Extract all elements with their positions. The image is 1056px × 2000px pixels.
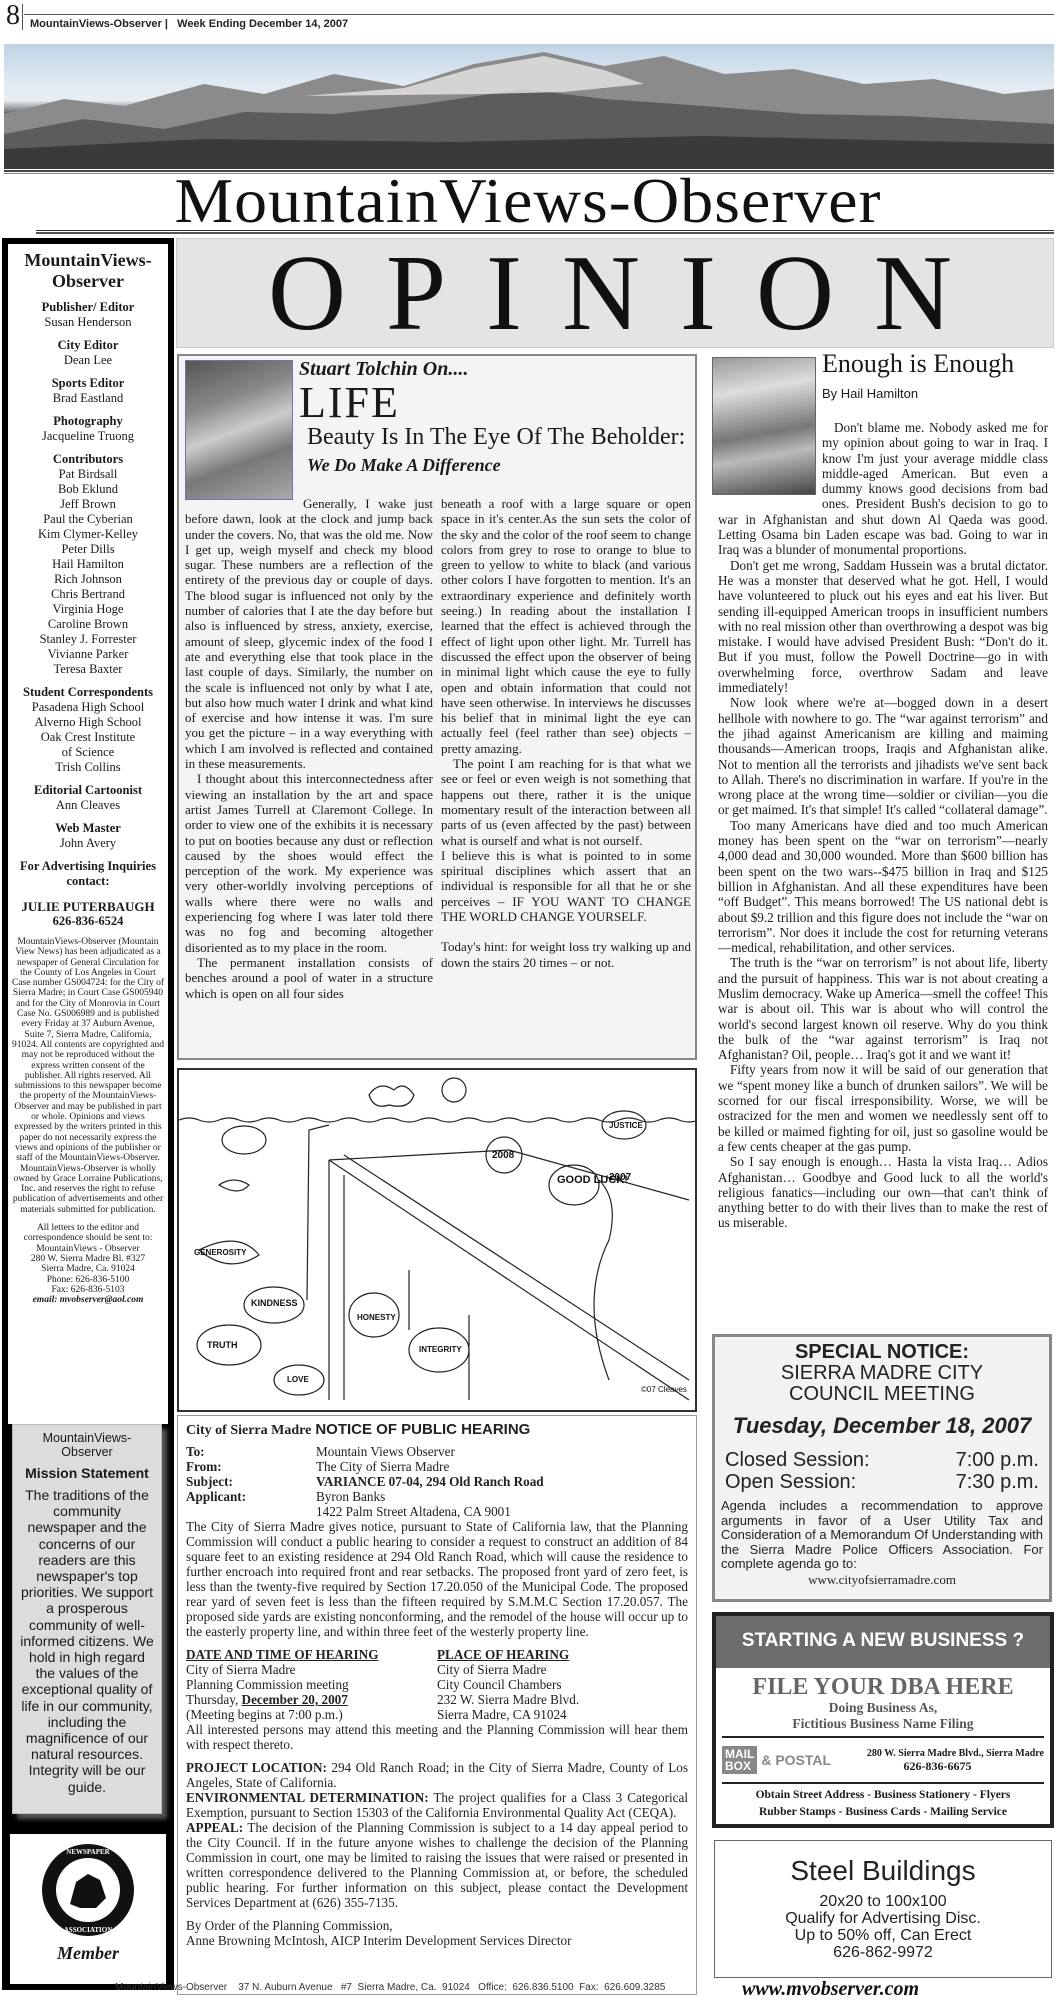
field-key: To: [186,1444,316,1459]
staff-box: MountainViews-Observer Publisher/ Editor… [8,244,168,1424]
logo-postal: & POSTAL [761,1752,831,1768]
ad-line: Qualify for Advertising Disc. [715,1910,1051,1927]
staff-city-editor: City Editor Dean Lee [12,338,164,368]
staff-name: Jeff Brown [12,497,164,512]
staff-photography: Photography Jacqueline Truong [12,414,164,444]
cartoon-label: 2007 [609,1172,632,1183]
paragraph: Too many Americans have died and too muc… [718,818,1048,956]
session-time: 7:00 p.m. [956,1449,1039,1471]
legal-notice: MountainViews-Observer (Mountain View Ne… [12,937,164,1215]
letters-line: MountainViews - Observer [12,1244,164,1254]
mailbox-logo: MAILBOX [722,1746,757,1774]
staff-name: John Avery [12,836,164,851]
hearing-date: December 20, 2007 [242,1692,348,1707]
paragraph: Generally, I wake just before dawn, look… [185,496,433,771]
paragraph: Today's hint: for weight loss try walkin… [441,939,691,970]
cartoon-label: KINDNESS [251,1298,298,1308]
notice-body: The City of Sierra Madre gives notice, p… [186,1519,688,1639]
article-headline: Enough is Enough [822,350,1014,378]
mission-heading: Mission Statement [19,1465,155,1481]
environmental-determination: ENVIRONMENTAL DETERMINATION: The project… [186,1790,688,1820]
nna-seal-icon: NEWSPAPER ASSOCIATION [40,1842,136,1938]
website-link[interactable]: www.mvobserver.com [742,1978,919,2000]
field-value: 1422 Palm Street Altadena, CA 9001 [316,1504,511,1519]
public-hearing-notice: City of Sierra MadreNOTICE OF PUBLIC HEA… [177,1415,697,1995]
staff-role: City Editor [12,338,164,353]
ad-services: Rubber Stamps - Business Cards - Mailing… [716,1805,1050,1820]
staff-name: Susan Henderson [12,315,164,330]
notice-field-applicant: Applicant:Byron Banks [186,1489,688,1504]
cartoon-signature: ©07 Cleaves [641,1385,687,1394]
staff-role: Contributors [12,452,164,467]
article-column-1: Generally, I wake just before dawn, look… [185,496,433,1001]
cartoon-label: GENEROSITY [194,1248,247,1257]
ad-phone: 626-862-9972 [715,1944,1051,1961]
nna-member-badge: NEWSPAPER ASSOCIATION Member [10,1834,166,1984]
mission-org: MountainViews-Observer [19,1431,155,1459]
staff-name: Oak Crest Institute [12,730,164,745]
letters-line: Sierra Madre, Ca. 91024 [12,1264,164,1274]
article-headline: Beauty Is In The Eye Of The Beholder: We… [307,424,692,479]
steel-buildings-ad: Steel Buildings 20x20 to 100x100 Qualify… [714,1840,1052,1978]
field-key: Subject: [186,1474,316,1489]
letters-line: All letters to the editor and [12,1223,164,1233]
agenda-url-link[interactable]: www.cityofsierramadre.com [721,1572,1043,1588]
staff-name: Dean Lee [12,353,164,368]
session-label: Open Session: [725,1471,856,1493]
mission-body: The traditions of the community newspape… [19,1487,155,1795]
staff-name: Virginia Hoge [12,602,164,617]
paragraph: The permanent installation consists of b… [185,955,433,1001]
staff-name: Alverno High School [12,715,164,730]
notice-field-from: From:The City of Sierra Madre [186,1459,688,1474]
staff-name: Ann Cleaves [12,798,164,813]
cartoon-label: TRUTH [207,1340,238,1350]
section-label: ENVIRONMENTAL DETERMINATION: [186,1790,429,1805]
letters-line: 280 W. Sierra Madre Bl. #327 [12,1254,164,1264]
header-rule [24,14,1054,15]
staff-cartoonist: Editorial Cartoonist Ann Cleaves [12,783,164,813]
notice-heading: NOTICE OF PUBLIC HEARING [315,1421,530,1438]
ad-title: Steel Buildings [715,1855,1051,1887]
photo-wrap-spacer [718,418,822,500]
notice-field-subject: Subject:VARIANCE 07-04, 294 Old Ranch Ro… [186,1474,688,1489]
notice-org: City of Sierra Madre [186,1423,311,1438]
mountain-banner-image [4,44,1054,169]
staff-name: Pasadena High School [12,700,164,715]
paragraph: Don't get me wrong, Saddam Hussein was a… [718,558,1048,696]
staff-name: Stanley J. Forrester [12,632,164,647]
paragraph: I believe this is what is pointed to in … [441,848,691,924]
field-key: From: [186,1459,316,1474]
ad-banner: STARTING A NEW BUSINESS ? [716,1616,1050,1668]
field-key: Applicant: [186,1489,316,1504]
svg-text:NEWSPAPER: NEWSPAPER [66,1848,110,1856]
staff-webmaster: Web Master John Avery [12,821,164,851]
section-label: APPEAL: [186,1820,243,1835]
staff-name: Chris Bertrand [12,587,164,602]
staff-name: Rich Johnson [12,572,164,587]
staff-name: of Science [12,745,164,760]
field-value: Byron Banks [316,1489,385,1504]
hearing-day: Thursday, [186,1692,242,1707]
section-label: PROJECT LOCATION: [186,1760,327,1775]
svg-text:ASSOCIATION: ASSOCIATION [64,1926,113,1934]
column-kicker: LIFE [299,380,400,426]
notice-field-address: 1422 Palm Street Altadena, CA 9001 [186,1504,688,1519]
headline-subhead: We Do Make A Difference [307,455,501,475]
email-link[interactable]: email: mvobserver@aol.com [12,1295,164,1305]
date-heading: DATE AND TIME OF HEARING [186,1647,437,1662]
running-head: MountainViews-Observer | Week Ending Dec… [30,18,348,30]
notice-line: COUNCIL MEETING [721,1384,1043,1405]
section-title: OPINION [176,238,1054,348]
notice-heading: SPECIAL NOTICE: [721,1341,1043,1363]
mission-statement: MountainViews-Observer Mission Statement… [12,1424,162,1814]
staff-name: Teresa Baxter [12,662,164,677]
ad-line: Up to 50% off, Can Erect [715,1927,1051,1944]
advertising-contact: JULIE PUTERBAUGH [12,899,164,914]
ad-address: 280 W. Sierra Madre Blvd., Sierra Madre6… [831,1747,1044,1773]
cartoon-label: LOVE [287,1375,309,1384]
staff-sports-editor: Sports Editor Brad Eastland [12,376,164,406]
session-label: Closed Session: [725,1449,870,1471]
paragraph: The truth is the “war on terrorism” is n… [718,955,1048,1062]
field-value: Mountain Views Observer [316,1444,455,1459]
attend-text: All interested persons may attend this m… [186,1722,688,1752]
staff-role: Web Master [12,821,164,836]
ad-contact-row: MAILBOX & POSTAL 280 W. Sierra Madre Blv… [722,1736,1044,1784]
ad-subline: Fictitious Business Name Filing [716,1716,1050,1732]
ad-headline: FILE YOUR DBA HERE [716,1674,1050,1700]
staff-role: Student Correspondents [12,685,164,700]
masthead-title: MountainViews-Observer [0,172,1056,230]
signoff-line: Anne Browning McIntosh, AICP Interim Dev… [186,1933,688,1948]
staff-publisher: Publisher/ Editor Susan Henderson [12,300,164,330]
staff-students: Student Correspondents Pasadena High Sch… [12,685,164,775]
paragraph: Fifty years from now it will be said of … [718,1062,1048,1154]
editorial-cartoon: 2008 GOOD LUCK! 2007 JUSTICE GENEROSITY … [177,1068,697,1412]
date-line: Thursday, December 20, 2007 [186,1692,437,1707]
headline-text: Beauty Is In The Eye Of The Beholder: [307,424,685,450]
letters-line: Phone: 626-836-5100 [12,1275,164,1285]
staff-role: Photography [12,414,164,429]
cartoon-label: HONESTY [357,1313,396,1322]
article-column-2: beneath a roof with a large square or op… [441,496,691,970]
staff-name: Kim Clymer-Kelley [12,527,164,542]
hamilton-article-body: Don't blame me. Nobody asked me for my o… [718,420,1048,1231]
letters-address: All letters to the editor and correspond… [12,1223,164,1305]
staff-name: Paul the Cyberian [12,512,164,527]
hearing-time: (Meeting begins at 7:00 p.m.) [186,1707,437,1722]
member-label: Member [10,1943,166,1964]
session-time: 7:30 p.m. [956,1471,1039,1493]
cartoon-label: 2008 [492,1150,515,1161]
meeting-date: Tuesday, December 18, 2007 [721,1413,1043,1439]
staff-name: Trish Collins [12,760,164,775]
letters-line: Fax: 626-836-5103 [12,1285,164,1295]
staff-name: Caroline Brown [12,617,164,632]
place-line: Sierra Madre, CA 91024 [437,1707,688,1722]
ad-line: 20x20 to 100x100 [715,1893,1051,1910]
open-session: Open Session:7:30 p.m. [721,1471,1043,1493]
notice-title: City of Sierra MadreNOTICE OF PUBLIC HEA… [186,1422,688,1438]
paragraph: Now look where we're at—bogged down in a… [718,695,1048,817]
notice-line: SIERRA MADRE CITY [721,1363,1043,1384]
date-line: Planning Commission meeting [186,1677,437,1692]
header-divider [22,4,23,30]
footer-address: MountainViews-Observer 37 N. Auburn Aven… [115,1982,665,1993]
notice-signoff: By Order of the Planning Commission, Ann… [186,1918,688,1948]
appeal: APPEAL: The decision of the Planning Com… [186,1820,688,1910]
ad-subline: Doing Business As, [716,1700,1050,1716]
ad-phone: 626-836-6675 [831,1760,1044,1773]
field-key [186,1504,316,1519]
staff-role: Publisher/ Editor [12,300,164,315]
staff-name: Hail Hamilton [12,557,164,572]
signoff-line: By Order of the Planning Commission, [186,1918,688,1933]
article-byline: By Hail Hamilton [822,386,918,401]
date-line: City of Sierra Madre [186,1662,437,1677]
staff-name: Pat Birdsall [12,467,164,482]
logo-text: BOX [725,1760,754,1772]
staff-name: Bob Eklund [12,482,164,497]
project-location: PROJECT LOCATION: 294 Old Ranch Road; in… [186,1760,688,1790]
staff-role: Editorial Cartoonist [12,783,164,798]
cartoon-label: INTEGRITY [419,1345,462,1354]
author-photo-tolchin [185,360,293,500]
hearing-date-block: DATE AND TIME OF HEARING City of Sierra … [186,1647,437,1722]
paragraph: beneath a roof with a large square or op… [441,496,691,756]
closed-session: Closed Session:7:00 p.m. [721,1449,1043,1471]
dba-advertisement: STARTING A NEW BUSINESS ? FILE YOUR DBA … [712,1612,1054,1828]
letters-line: correspondence should be sent to: [12,1233,164,1243]
cartoon-label: JUSTICE [609,1121,643,1130]
paragraph: I thought about this interconnectedness … [185,771,433,955]
staff-role: Sports Editor [12,376,164,391]
place-line: City Council Chambers [437,1677,688,1692]
tolchin-article: Stuart Tolchin On.... LIFE Beauty Is In … [177,354,697,1060]
paragraph: So I say enough is enough… Hasta la vist… [718,1154,1048,1230]
advertising-label: For Advertising Inquiries contact: [12,859,164,889]
staff-name: Vivianne Parker [12,647,164,662]
page-number: 8 [6,2,20,30]
staff-name: Brad Eastland [12,391,164,406]
advertising-phone: 626-836-6524 [12,914,164,929]
field-value: VARIANCE 07-04, 294 Old Ranch Road [316,1474,544,1489]
sidebar-title: MountainViews-Observer [12,250,164,292]
staff-name: Jacqueline Truong [12,429,164,444]
place-line: City of Sierra Madre [437,1662,688,1677]
hearing-place-block: PLACE OF HEARING City of Sierra Madre Ci… [437,1647,688,1722]
place-heading: PLACE OF HEARING [437,1647,688,1662]
hearing-details: DATE AND TIME OF HEARING City of Sierra … [186,1647,688,1722]
staff-name: Peter Dills [12,542,164,557]
place-line: 232 W. Sierra Madre Blvd. [437,1692,688,1707]
paragraph: The point I am reaching for is that what… [441,756,691,848]
ad-services: Obtain Street Address - Business Station… [716,1788,1050,1803]
special-notice-council-meeting: SPECIAL NOTICE: SIERRA MADRE CITY COUNCI… [712,1334,1052,1602]
staff-sidebar: MountainViews-Observer Publisher/ Editor… [2,238,174,1990]
notice-field-to: To:Mountain Views Observer [186,1444,688,1459]
field-value: The City of Sierra Madre [316,1459,449,1474]
section-text: The decision of the Planning Commission … [186,1820,688,1910]
staff-contributors: Contributors Pat Birdsall Bob Eklund Jef… [12,452,164,677]
agenda-text: Agenda includes a recommendation to appr… [721,1499,1043,1572]
